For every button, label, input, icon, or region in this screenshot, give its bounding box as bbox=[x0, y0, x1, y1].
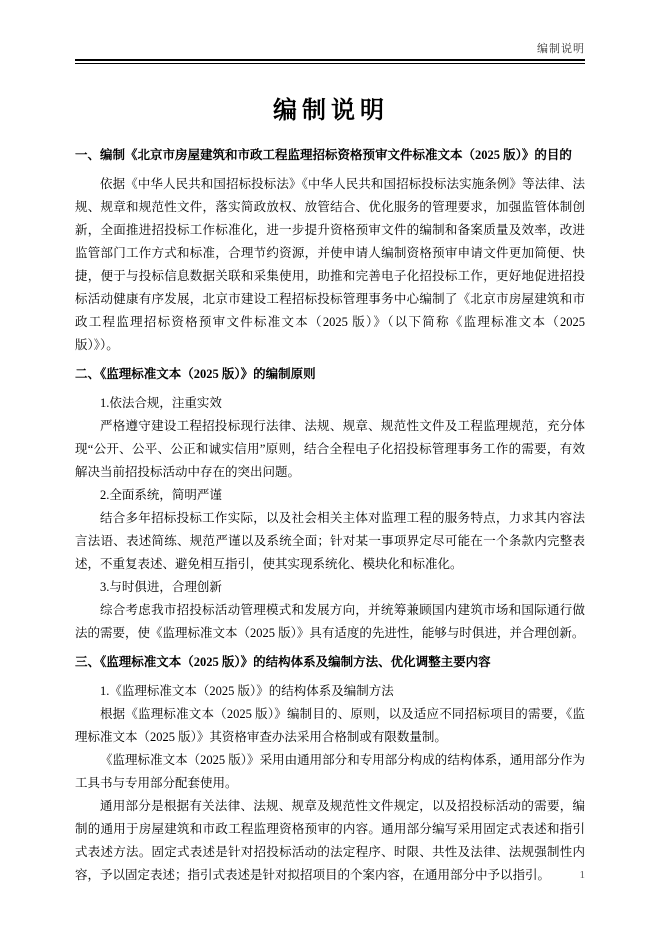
page-number: 1 bbox=[75, 869, 585, 881]
section-1-heading: 一、编制《北京市房屋建筑和市政工程监理招标资格预审文件标准文本（2025 版）》… bbox=[75, 144, 585, 167]
paragraph: 结合多年招标投标工作实际，以及社会相关主体对监理工程的服务特点，力求其内容法言法… bbox=[75, 507, 585, 576]
paragraph: 依据《中华人民共和国招标投标法》《中华人民共和国招标投标法实施条例》等法律、法规… bbox=[75, 173, 585, 357]
paragraph: 综合考虑我市招投标活动管理模式和发展方向，并统筹兼顾国内建筑市场和国际通行做法的… bbox=[75, 599, 585, 645]
page-header: 编制说明 bbox=[75, 40, 585, 64]
paragraph: 3.与时俱进，合理创新 bbox=[75, 576, 585, 599]
paragraph: 2.全面系统，简明严谨 bbox=[75, 484, 585, 507]
section-2-heading: 二、《监理标准文本（2025 版）》的编制原则 bbox=[75, 363, 585, 386]
paragraph: 《监理标准文本（2025 版）》采用由通用部分和专用部分构成的结构体系，通用部分… bbox=[75, 749, 585, 795]
paragraph: 根据《监理标准文本（2025 版）》编制目的、原则，以及适应不同招标项目的需要，… bbox=[75, 703, 585, 749]
document-body: 一、编制《北京市房屋建筑和市政工程监理招标资格预审文件标准文本（2025 版）》… bbox=[75, 138, 585, 887]
section-3: 三、《监理标准文本（2025 版）》的结构体系及编制方法、优化调整主要内容 1.… bbox=[75, 651, 585, 887]
running-header-title: 编制说明 bbox=[75, 40, 585, 59]
document-title: 编制说明 bbox=[0, 90, 662, 125]
paragraph: 严格遵守建设工程招投标现行法律、法规、规章、规范性文件及工程监理规范，充分体现“… bbox=[75, 415, 585, 484]
section-2: 二、《监理标准文本（2025 版）》的编制原则 1.依法合规，注重实效 严格遵守… bbox=[75, 363, 585, 645]
section-1: 一、编制《北京市房屋建筑和市政工程监理招标资格预审文件标准文本（2025 版）》… bbox=[75, 144, 585, 357]
header-double-rule bbox=[75, 59, 585, 64]
section-3-heading: 三、《监理标准文本（2025 版）》的结构体系及编制方法、优化调整主要内容 bbox=[75, 651, 585, 674]
document-page: 编制说明 编制说明 一、编制《北京市房屋建筑和市政工程监理招标资格预审文件标准文… bbox=[0, 0, 662, 936]
paragraph: 1.《监理标准文本（2025 版）》的结构体系及编制方法 bbox=[75, 680, 585, 703]
paragraph: 1.依法合规，注重实效 bbox=[75, 392, 585, 415]
